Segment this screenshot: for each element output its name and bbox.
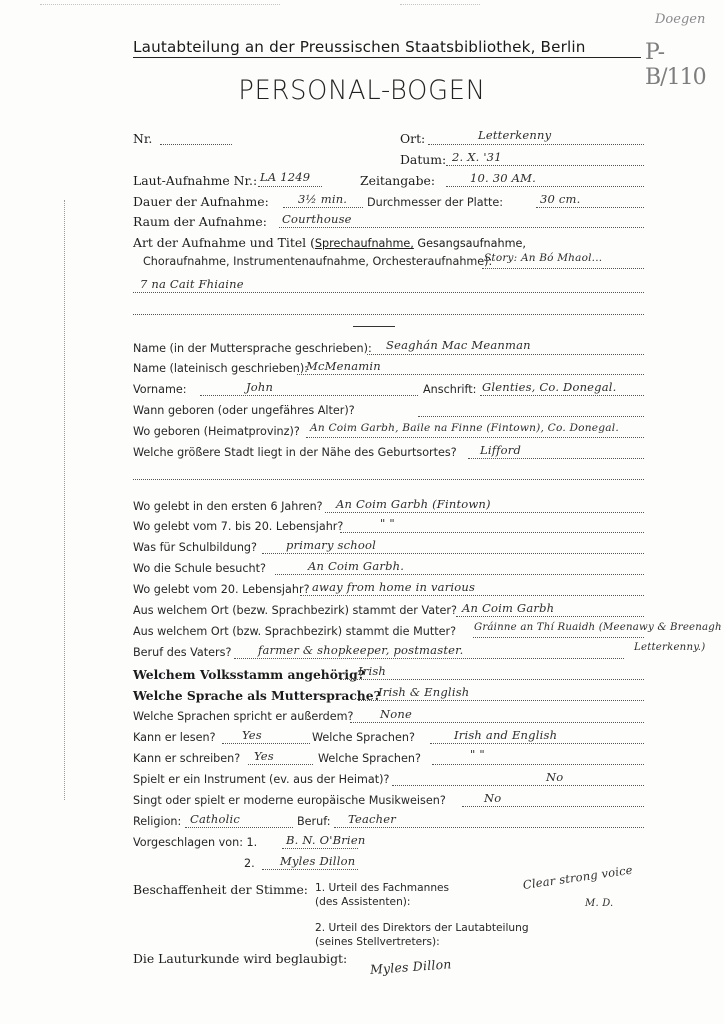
- wo-geboren-label: Wo geboren (Heimatprovinz)?: [133, 425, 300, 438]
- schule-field[interactable]: [262, 553, 644, 554]
- muttersprache-field[interactable]: [358, 700, 644, 701]
- certification-label: Die Lauturkunde wird beglaubigt:: [133, 951, 347, 966]
- geboren-field[interactable]: [418, 416, 644, 417]
- ab20-field[interactable]: [300, 595, 644, 596]
- name-latein-value: McMenamin: [306, 359, 381, 373]
- lesen-label: Kann er lesen?: [133, 731, 216, 744]
- dauer-value: 3½ min.: [298, 192, 347, 206]
- lesen-sprachen-value: Irish and English: [454, 728, 557, 742]
- beruf-vater-field[interactable]: [234, 658, 624, 659]
- vorname-value: John: [246, 380, 273, 394]
- zeit-field[interactable]: [446, 186, 644, 187]
- instrument-field[interactable]: [392, 785, 644, 786]
- jahre7-20-field[interactable]: [340, 532, 644, 533]
- schreiben-label: Kann er schreiben?: [133, 752, 240, 765]
- musik-field[interactable]: [462, 806, 644, 807]
- name-mutter-label: Name (in der Muttersprache geschrieben):: [133, 342, 372, 355]
- dauer-field[interactable]: [283, 207, 363, 208]
- schule-value: primary school: [286, 538, 376, 552]
- lesen-value: Yes: [242, 728, 262, 742]
- musik-value: No: [484, 791, 501, 805]
- urteil1-initials: M. D.: [585, 898, 613, 909]
- beruf-value: Teacher: [348, 812, 396, 826]
- vater-ort-label: Aus welchem Ort (bezw. Sprachbezirk) sta…: [133, 604, 457, 617]
- anschrift-field[interactable]: [480, 395, 644, 396]
- nr-label: Nr.: [133, 131, 152, 146]
- certification-signature: Myles Dillon: [369, 956, 451, 977]
- art-label-prefix: Art der Aufnahme und Titel (: [133, 235, 315, 250]
- archive-mark-name: Doegen: [655, 12, 705, 27]
- archive-mark: Doegen P-B/110: [645, 12, 715, 72]
- jahre6-value: An Coim Garbh (Fintown): [336, 497, 491, 511]
- name-mutter-field[interactable]: [367, 354, 644, 355]
- blank-field[interactable]: [133, 479, 644, 480]
- raum-field[interactable]: [279, 227, 644, 228]
- durchmesser-value: 30 cm.: [540, 192, 581, 206]
- art-label: Art der Aufnahme und Titel (Sprechaufnah…: [133, 235, 526, 250]
- muttersprache-value: Irish & English: [378, 685, 469, 699]
- anschrift-value: Glenties, Co. Donegal.: [482, 380, 617, 394]
- datum-label: Datum:: [400, 152, 446, 167]
- jahre7-20-value: " ": [380, 516, 395, 530]
- urteil1-line2: (des Assistenten):: [315, 896, 410, 908]
- institution-header: Lautabteilung an der Preussischen Staats…: [133, 38, 641, 58]
- musik-label: Singt oder spielt er moderne europäische…: [133, 794, 446, 807]
- nr-field[interactable]: [160, 144, 232, 145]
- name-latein-field[interactable]: [297, 374, 644, 375]
- religion-field[interactable]: [185, 827, 293, 828]
- schreiben-field[interactable]: [248, 764, 313, 765]
- vater-ort-value: An Coim Garbh: [462, 601, 554, 615]
- stadt-label: Welche größere Stadt liegt in der Nähe d…: [133, 446, 457, 459]
- urteil2-line2: (seines Stellvertreters):: [315, 936, 440, 948]
- ab20-label: Wo gelebt vom 20. Lebensjahr?: [133, 583, 310, 596]
- schule-label: Was für Schulbildung?: [133, 541, 257, 554]
- schreiben-value: Yes: [254, 749, 274, 763]
- zeit-label: Zeitangabe:: [360, 173, 435, 188]
- datum-value: 2. X. '31: [452, 150, 502, 164]
- vorname-label: Vorname:: [133, 383, 187, 396]
- art-field-1[interactable]: [482, 268, 644, 269]
- vorname-field[interactable]: [200, 395, 418, 396]
- schreiben-sprachen-label: Welche Sprachen?: [318, 752, 421, 765]
- vater-ort-field[interactable]: [456, 616, 644, 617]
- proposed-label-2: 2.: [244, 857, 255, 870]
- voice-label: Beschaffenheit der Stimme:: [133, 882, 308, 897]
- raum-value: Courthouse: [282, 212, 352, 226]
- dauer-label: Dauer der Aufnahme:: [133, 194, 269, 209]
- ort-field[interactable]: [428, 144, 644, 145]
- beruf-label: Beruf:: [297, 815, 331, 828]
- religion-value: Catholic: [190, 812, 240, 826]
- volksstamm-field[interactable]: [340, 679, 644, 680]
- durchmesser-field[interactable]: [536, 207, 644, 208]
- beruf-field[interactable]: [334, 827, 644, 828]
- mutter-ort-label: Aus welchem Ort (bzw. Sprachbezirk) stam…: [133, 625, 456, 638]
- jahre7-20-label: Wo gelebt vom 7. bis 20. Lebensjahr?: [133, 520, 343, 533]
- lesen-sprachen-field[interactable]: [430, 743, 644, 744]
- laut-nr-value: LA 1249: [260, 170, 310, 184]
- raum-label: Raum der Aufnahme:: [133, 214, 267, 229]
- proposed-value-2: Myles Dillon: [280, 854, 355, 868]
- ort-value: Letterkenny: [478, 128, 551, 142]
- name-latein-label: Name (lateinisch geschrieben):: [133, 362, 308, 375]
- proposed-field-2[interactable]: [262, 869, 358, 870]
- mutter-ort-field[interactable]: [473, 637, 644, 638]
- schreiben-sprachen-field[interactable]: [432, 764, 644, 765]
- laut-nr-label: Laut-Aufnahme Nr.:: [133, 173, 257, 188]
- proposed-label: Vorgeschlagen von: 1.: [133, 836, 257, 849]
- datum-field[interactable]: [446, 165, 644, 166]
- volksstamm-value: Irish: [358, 664, 386, 678]
- art-label-suffix: Gesangsaufnahme,: [414, 237, 526, 250]
- ausserdem-field[interactable]: [350, 722, 644, 723]
- section-separator: [353, 326, 395, 327]
- page-title: PERSONAL-BOGEN: [18, 75, 706, 106]
- stadt-field[interactable]: [468, 458, 644, 459]
- instrument-label: Spielt er ein Instrument (ev. aus der He…: [133, 773, 389, 786]
- art-label-sprechaufnahme: Sprechaufnahme,: [315, 237, 414, 250]
- proposed-field-1[interactable]: [282, 848, 358, 849]
- ausserdem-label: Welche Sprachen spricht er außerdem?: [133, 710, 353, 723]
- wo-geboren-value: An Coim Garbh, Baile na Finne (Fintown),…: [310, 422, 619, 434]
- anschrift-label: Anschrift:: [423, 383, 476, 396]
- stadt-value: Lifford: [480, 443, 521, 457]
- art-label-line2: Choraufnahme, Instrumentenaufnahme, Orch…: [143, 255, 492, 268]
- religion-label: Religion:: [133, 815, 181, 828]
- scan-speckle: [400, 4, 480, 5]
- laut-nr-field[interactable]: [258, 186, 322, 187]
- jahre6-field[interactable]: [325, 512, 644, 513]
- lesen-sprachen-label: Welche Sprachen?: [312, 731, 415, 744]
- jahre6-label: Wo gelebt in den ersten 6 Jahren?: [133, 500, 323, 513]
- urteil1-line1: 1. Urteil des Fachmannes: [315, 882, 449, 894]
- beruf-vater-value: farmer & shopkeeper, postmaster.: [258, 643, 463, 657]
- scan-speckle: [40, 4, 280, 5]
- art-field-3[interactable]: [133, 314, 644, 315]
- geboren-label: Wann geboren (oder ungefähres Alter)?: [133, 404, 355, 417]
- urteil1-value: Clear strong voice: [522, 863, 633, 892]
- ausserdem-value: None: [380, 707, 412, 721]
- proposed-value-1: B. N. O'Brien: [286, 833, 365, 847]
- schreiben-sprachen-value: " ": [470, 747, 485, 761]
- beruf-vater-label: Beruf des Vaters?: [133, 646, 231, 659]
- art-field-2[interactable]: [133, 292, 644, 293]
- muttersprache-label: Welche Sprache als Muttersprache?: [133, 688, 381, 703]
- lesen-field[interactable]: [222, 743, 310, 744]
- volksstamm-label: Welchem Volksstamm angehörig?: [133, 667, 365, 682]
- ort-label: Ort:: [400, 131, 425, 146]
- art-value-1: Story: An Bó Mhaol...: [484, 252, 602, 264]
- mutter-ort-value-continued: Letterkenny.): [634, 642, 705, 653]
- schule-wo-field[interactable]: [275, 574, 644, 575]
- name-mutter-value: Seaghán Mac Meanman: [386, 338, 531, 352]
- ab20-value: away from home in various: [312, 580, 475, 594]
- scan-margin-line: [64, 200, 65, 800]
- wo-geboren-field[interactable]: [306, 437, 644, 438]
- schule-wo-value: An Coim Garbh.: [308, 559, 404, 573]
- art-value-2: 7 na Cait Fhiaine: [140, 277, 244, 291]
- mutter-ort-value: Gráinne an Thí Ruaidh (Meenawy & Breenag…: [474, 622, 722, 633]
- durchmesser-label: Durchmesser der Platte:: [367, 196, 503, 209]
- schule-wo-label: Wo die Schule besucht?: [133, 562, 266, 575]
- zeit-value: 10. 30 AM.: [470, 171, 536, 185]
- instrument-value: No: [546, 770, 563, 784]
- urteil2-line1: 2. Urteil des Direktors der Lautabteilun…: [315, 922, 529, 934]
